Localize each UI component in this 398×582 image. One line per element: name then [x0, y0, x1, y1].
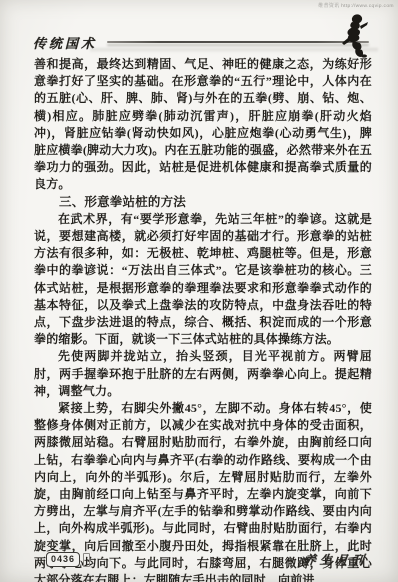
column-title: 传统国术	[33, 33, 97, 52]
scan-shadow	[90, 48, 378, 53]
footer-left: 0436	[46, 552, 90, 567]
ink-brush-figure-icon	[340, 12, 370, 60]
paragraph: 在武术界，有“要学形意拳，先站三年桩”的拳谚。这就是说，要想建高楼，就必须打好牢…	[34, 211, 372, 349]
scanned-journal-page: 维普资讯 http://www.cqvip.com 传统国术 善和提高，最终达到…	[0, 0, 398, 582]
page-number-badge: 0436	[46, 552, 80, 567]
article-body: 善和提高，最终达到精固、气足、神旺的健康之态，为练好形意拳打好了坚实的基础。在形…	[34, 56, 372, 582]
page-number-tab	[83, 553, 90, 567]
scan-watermark: 维普资讯 http://www.cqvip.com	[318, 2, 394, 9]
paragraph: 先使两脚并拢站立，抬头竖颈，目光平视前方。两臂屈肘，两手握拳环抱于肚脐的左右两侧…	[34, 348, 372, 400]
header-divider	[107, 41, 369, 43]
section-heading: 三、形意拳站桩的方法	[34, 194, 372, 211]
paragraph-continued: 善和提高，最终达到精固、气足、神旺的健康之态，为练好形意拳打好了坚实的基础。在形…	[34, 56, 372, 194]
journal-title: 养生月刊	[303, 551, 369, 568]
